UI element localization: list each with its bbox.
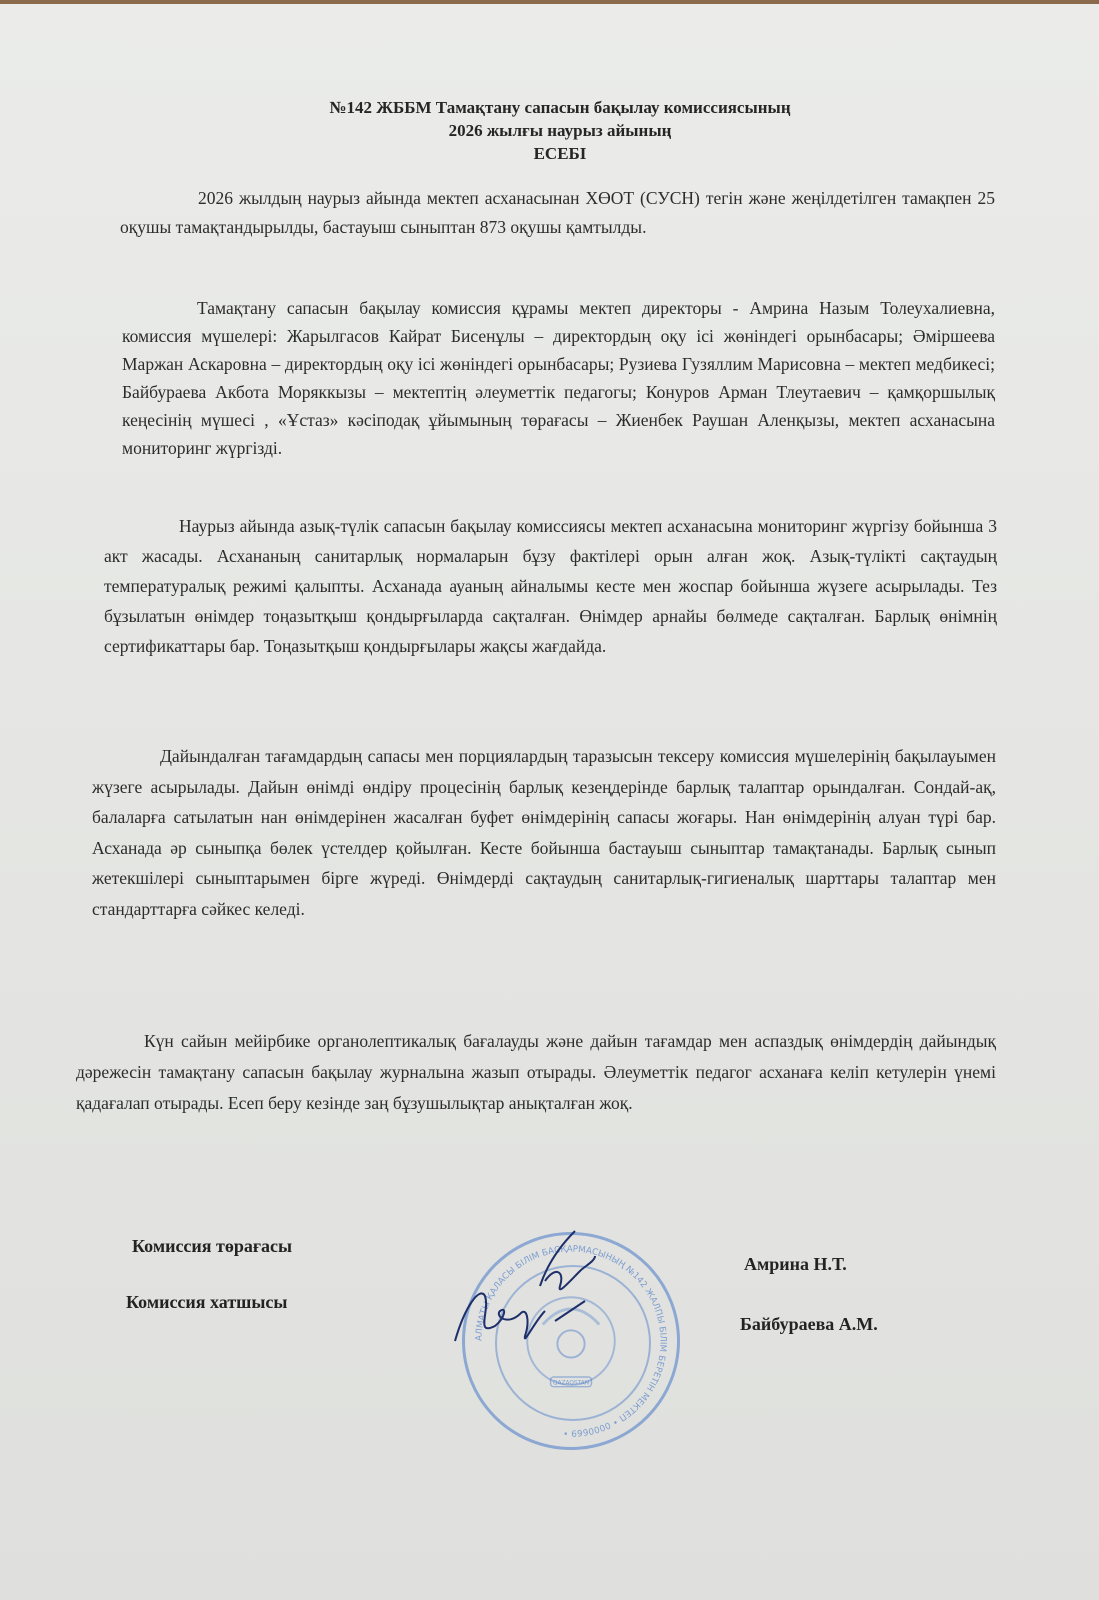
secretary-name: Байбураева А.М. bbox=[740, 1314, 878, 1335]
document-title: №142 ЖББМ Тамақтану сапасын бақылау коми… bbox=[0, 96, 1099, 165]
document-page: №142 ЖББМ Тамақтану сапасын бақылау коми… bbox=[0, 4, 1099, 1600]
chairman-label: Комиссия төрағасы bbox=[132, 1236, 292, 1257]
chairman-name: Амрина Н.Т. bbox=[744, 1254, 847, 1275]
paragraph-3: Наурыз айында азық-түлік сапасын бақылау… bbox=[104, 511, 997, 661]
title-line-1: №142 ЖББМ Тамақтану сапасын бақылау коми… bbox=[0, 96, 1099, 119]
paragraph-1: 2026 жылдың наурыз айында мектеп асханас… bbox=[120, 184, 995, 242]
paragraph-2: Тамақтану сапасын бақылау комиссия құрам… bbox=[122, 294, 995, 462]
title-line-2: 2026 жылғы наурыз айының bbox=[0, 119, 1099, 142]
svg-text:QAZAQSTAN: QAZAQSTAN bbox=[553, 1381, 589, 1387]
title-line-3: ЕСЕБІ bbox=[0, 142, 1099, 165]
signature-scribbles bbox=[445, 1226, 615, 1356]
secretary-label: Комиссия хатшысы bbox=[126, 1292, 287, 1313]
paragraph-4: Дайындалған тағамдардың сапасы мен порци… bbox=[92, 741, 996, 924]
paragraph-5: Күн сайын мейірбике органолептикалық бағ… bbox=[76, 1026, 996, 1119]
